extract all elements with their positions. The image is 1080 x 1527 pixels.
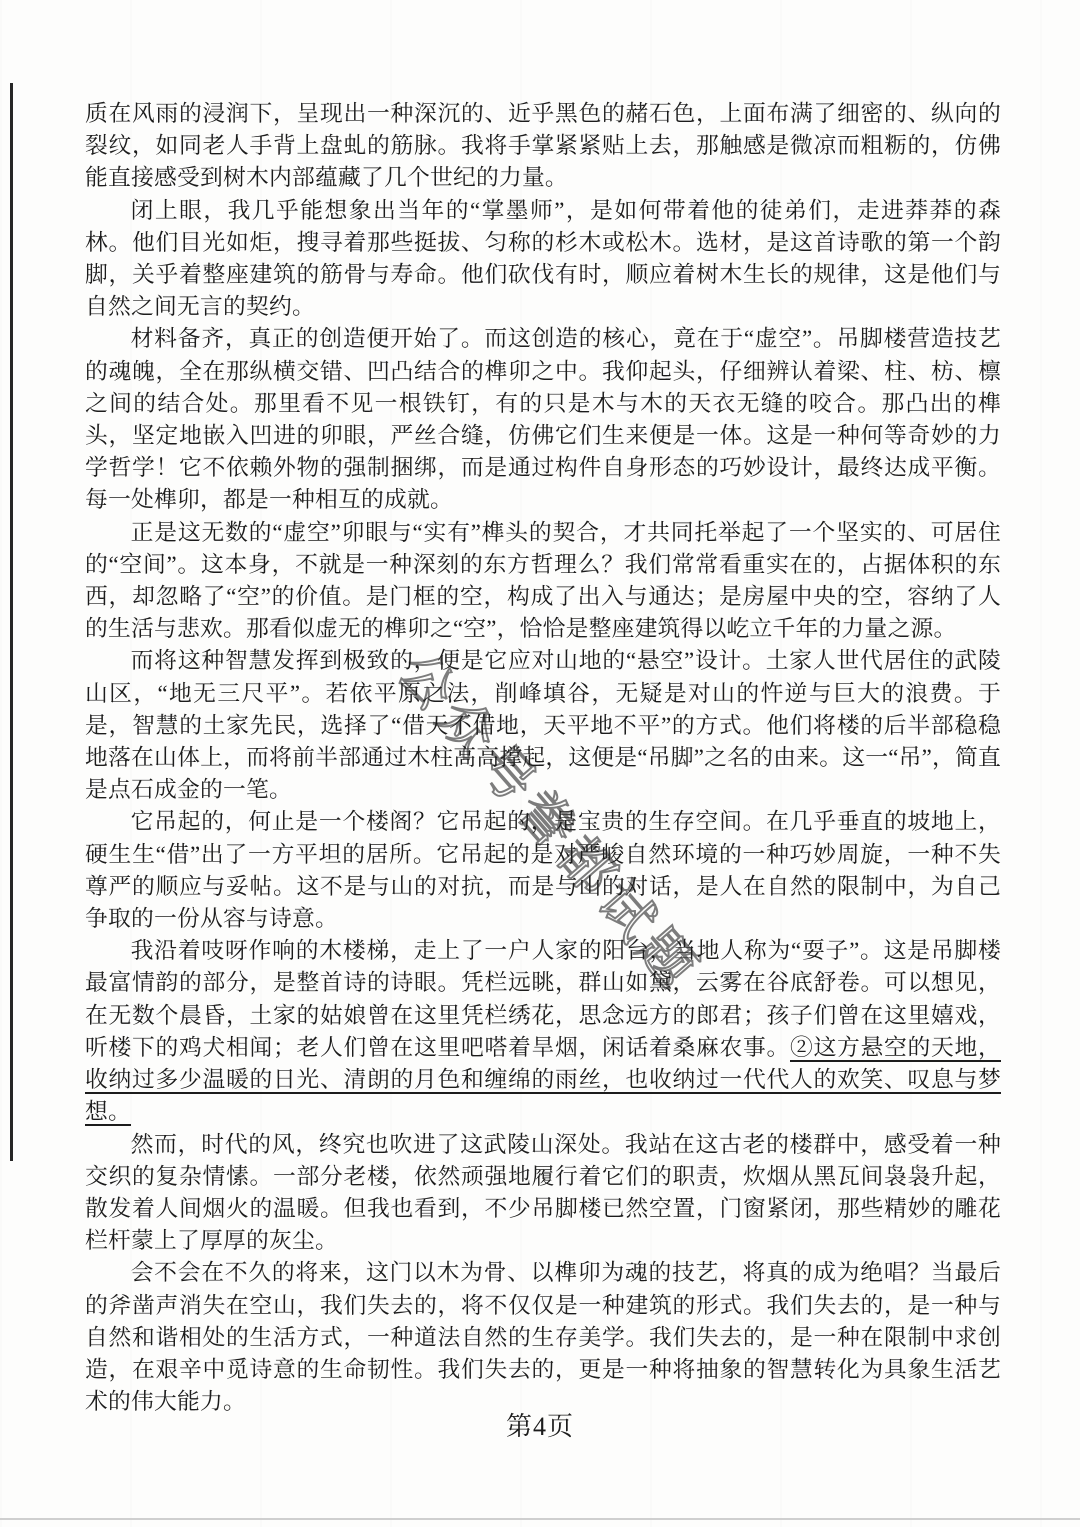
paragraph-4: 正是这无数的“虚空”卯眼与“实有”榫头的契合，才共同托举起了一个坚实的、可居住的…	[85, 517, 1001, 646]
paragraph-9: 会不会在不久的将来，这门以木为骨、以榫卯为魂的技艺，将真的成为绝唱？当最后的斧凿…	[85, 1257, 1001, 1418]
page-number: 第4页	[0, 1406, 1080, 1443]
paragraph-8: 然而，时代的风，终究也吹进了这武陵山深处。我站在这古老的楼群中，感受着一种交织的…	[85, 1129, 1001, 1258]
paragraph-1: 质在风雨的浸润下，呈现出一种深沉的、近乎黑色的赭石色，上面布满了细密的、纵向的裂…	[85, 98, 1001, 195]
bottom-scan-edge-line	[0, 1518, 1080, 1520]
paragraph-6: 它吊起的，何止是一个楼阁？它吊起的，是宝贵的生存空间。在几乎垂直的坡地上，硬生生…	[85, 806, 1001, 935]
reading-passage: 质在风雨的浸润下，呈现出一种深沉的、近乎黑色的赭石色，上面布满了细密的、纵向的裂…	[85, 98, 1001, 1418]
scanned-exam-page: 公众号誊都试题 质在风雨的浸润下，呈现出一种深沉的、近乎黑色的赭石色，上面布满了…	[0, 0, 1080, 1527]
paragraph-5: 而将这种智慧发挥到极致的，便是它应对山地的“悬空”设计。土家人世代居住的武陵山区…	[85, 645, 1001, 806]
left-scan-edge-line	[10, 83, 13, 1161]
paragraph-3: 材料备齐，真正的创造便开始了。而这创造的核心，竟在于“虚空”。吊脚楼营造技艺的魂…	[85, 323, 1001, 516]
paragraph-7: 我沿着吱呀作响的木楼梯，走上了一户人家的阳台，当地人称为“耍子”。这是吊脚楼最富…	[85, 935, 1001, 1128]
paragraph-2: 闭上眼，我几乎能想象出当年的“掌墨师”，是如何带着他的徒弟们，走进莽莽的森林。他…	[85, 195, 1001, 324]
